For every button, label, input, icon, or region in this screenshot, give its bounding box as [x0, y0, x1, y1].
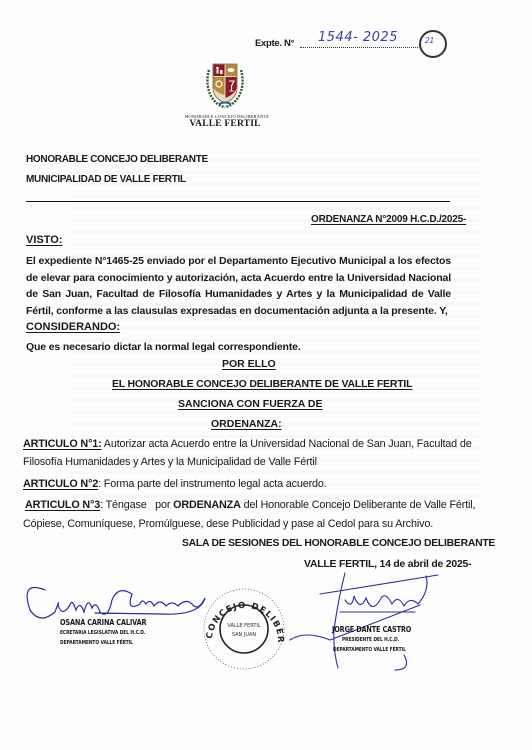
place-date: VALLE FERTIL, 14 de abril de 2025- — [304, 559, 471, 570]
header-divider — [26, 201, 450, 202]
article-3-label: ARTICULO N°3 — [25, 499, 100, 511]
seal-center-line2: SAN JUAN — [232, 632, 257, 638]
article-3-text-post: del Honorable Concejo Deliberante de Val… — [241, 499, 476, 511]
folio-number: 21 — [425, 36, 434, 45]
article-2-text: : Forma parte del instrumento legal acta… — [98, 478, 327, 490]
document-page: Expte. N° 1544- 2025 21 HONORABLE CONCEJ… — [0, 0, 532, 750]
considerando-text: Que es necesario dictar la normal legal … — [26, 341, 301, 353]
article-2: ARTICULO N°2: Forma parte del instrument… — [23, 478, 327, 490]
article-2-label: ARTICULO N°2 — [23, 478, 98, 490]
por-ello-heading: POR ELLO — [222, 358, 276, 370]
crest-icon — [203, 60, 247, 110]
signer-1-name: OSANA CARINA CALIVAR — [60, 617, 146, 627]
session-hall-line: SALA DE SESIONES DEL HONORABLE CONCEJO D… — [182, 538, 495, 549]
ordenanza-heading: ORDENANZA: — [211, 418, 282, 430]
signer-1-role: ECRETARIA LEGISLATIVA DEL H.C.D. — [60, 630, 145, 636]
article-1-text: Autorizar acta Acuerdo entre la Universi… — [102, 438, 472, 450]
crest-caption-big: VALLE FERTIL — [185, 119, 265, 129]
council-seal-icon: CONCEJO DELIBERANTE VALLE FERTIL SAN JUA… — [198, 583, 290, 675]
expte-dotted-line — [300, 47, 418, 48]
visto-text: El expediente N°1465-25 enviado por el D… — [26, 253, 451, 319]
article-1-label: ARTICULO N°1: — [23, 438, 102, 450]
considerando-heading: CONSIDERANDO: — [26, 321, 120, 333]
signer-2-name: JORGE DANTE CASTRO — [332, 624, 411, 634]
visto-heading: VISTO: — [26, 234, 62, 246]
municipality-name: MUNICIPALIDAD DE VALLE FERTIL — [26, 174, 186, 185]
seal-center-line1: VALLE FERTIL — [227, 623, 261, 629]
council-heading: EL HONORABLE CONCEJO DELIBERANTE DE VALL… — [112, 378, 412, 390]
signer-2-role: PRESIDENTE DEL H.C.D. — [342, 637, 399, 643]
expte-handwritten-number: 1544- 2025 — [318, 30, 398, 45]
article-1: ARTICULO N°1: Autorizar acta Acuerdo ent… — [23, 438, 472, 450]
article-1-text-cont: Filosofía Humanidades y Artes y la Munic… — [23, 456, 317, 468]
sanciona-heading: SANCIONA CON FUERZA DE — [178, 398, 322, 410]
article-3-text-cont: Cópiese, Comuníquese, Promúlguese, dese … — [23, 518, 433, 530]
institution-name: HONORABLE CONCEJO DELIBERANTE — [26, 154, 208, 165]
article-3-text-pre: : Téngase por — [100, 499, 173, 511]
article-3: ARTICULO N°3: Téngase por ORDENANZA del … — [25, 499, 475, 511]
ordinance-title: ORDENANZA N°2009 H.C.D./2025- — [311, 214, 466, 225]
expte-label: Expte. N° — [255, 38, 294, 49]
signer-2-department: DEPARTAMENTO VALLE FÉRTIL — [333, 647, 406, 653]
signer-1-department: DEPARTAMENTO VALLE FÉRTIL — [60, 640, 133, 646]
article-3-text-bold: ORDENANZA — [173, 499, 241, 511]
